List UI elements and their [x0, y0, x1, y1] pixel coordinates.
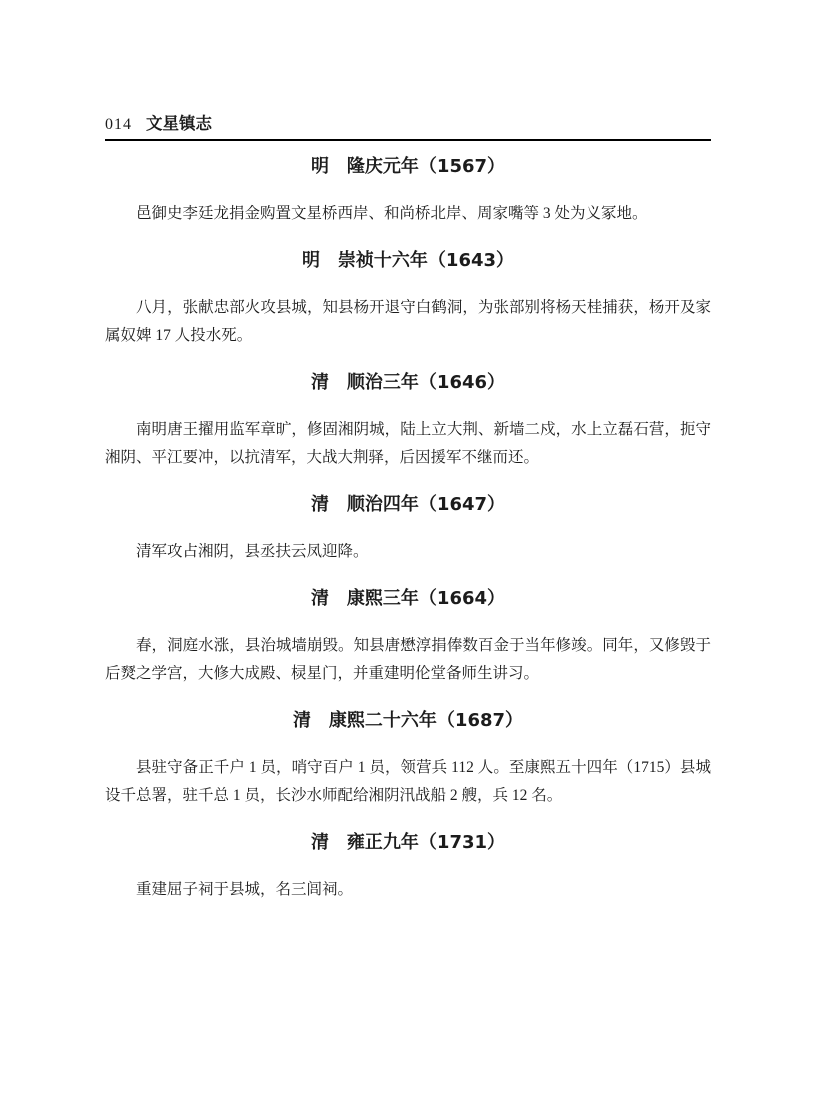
- section-body: 县驻守备正千户 1 员，哨守百户 1 员，领营兵 112 人。至康熙五十四年（1…: [105, 754, 711, 810]
- section-body: 南明唐王擢用监军章旷，修固湘阴城，陆上立大荆、新墙二戍，水上立磊石营，扼守湘阴、…: [105, 416, 711, 472]
- body-paragraph: 南明唐王擢用监军章旷，修固湘阴城，陆上立大荆、新墙二戍，水上立磊石营，扼守湘阴、…: [105, 416, 711, 472]
- body-paragraph: 重建屈子祠于县城，名三闾祠。: [105, 876, 711, 904]
- era-heading: 清 雍正九年（1731）: [105, 832, 711, 854]
- page-content: 014 文星镇志 明 隆庆元年（1567） 邑御史李廷龙捐金购置文星桥西岸、和尚…: [105, 110, 711, 926]
- sections-container: 明 隆庆元年（1567） 邑御史李廷龙捐金购置文星桥西岸、和尚桥北岸、周家嘴等 …: [105, 156, 711, 904]
- chronicle-section: 清 康熙二十六年（1687） 县驻守备正千户 1 员，哨守百户 1 员，领营兵 …: [105, 710, 711, 810]
- section-body: 邑御史李廷龙捐金购置文星桥西岸、和尚桥北岸、周家嘴等 3 处为义冢地。: [105, 200, 711, 228]
- section-body: 重建屈子祠于县城，名三闾祠。: [105, 876, 711, 904]
- era-heading: 明 隆庆元年（1567）: [105, 156, 711, 178]
- chronicle-section: 清 顺治四年（1647） 清军攻占湘阴，县丞扶云凤迎降。: [105, 494, 711, 566]
- chronicle-section: 明 崇祯十六年（1643） 八月，张献忠部火攻县城，知县杨开退守白鹤洞，为张部别…: [105, 250, 711, 350]
- body-paragraph: 清军攻占湘阴，县丞扶云凤迎降。: [105, 538, 711, 566]
- era-heading: 明 崇祯十六年（1643）: [105, 250, 711, 272]
- section-body: 清军攻占湘阴，县丞扶云凤迎降。: [105, 538, 711, 566]
- body-paragraph: 县驻守备正千户 1 员，哨守百户 1 员，领营兵 112 人。至康熙五十四年（1…: [105, 754, 711, 810]
- chronicle-section: 清 雍正九年（1731） 重建屈子祠于县城，名三闾祠。: [105, 832, 711, 904]
- era-heading: 清 康熙三年（1664）: [105, 588, 711, 610]
- gazetteer-page: 014 文星镇志 明 隆庆元年（1567） 邑御史李廷龙捐金购置文星桥西岸、和尚…: [0, 0, 816, 1099]
- body-paragraph: 八月，张献忠部火攻县城，知县杨开退守白鹤洞，为张部别将杨天桂捕获，杨开及家属奴婢…: [105, 294, 711, 350]
- page-number: 014: [105, 116, 132, 134]
- era-heading: 清 顺治四年（1647）: [105, 494, 711, 516]
- book-title: 文星镇志: [146, 110, 212, 134]
- era-heading: 清 康熙二十六年（1687）: [105, 710, 711, 732]
- chronicle-section: 清 顺治三年（1646） 南明唐王擢用监军章旷，修固湘阴城，陆上立大荆、新墙二戍…: [105, 372, 711, 472]
- body-paragraph: 邑御史李廷龙捐金购置文星桥西岸、和尚桥北岸、周家嘴等 3 处为义冢地。: [105, 200, 711, 228]
- chronicle-section: 清 康熙三年（1664） 春，洞庭水涨，县治城墙崩毁。知县唐懋淳捐俸数百金于当年…: [105, 588, 711, 688]
- section-body: 八月，张献忠部火攻县城，知县杨开退守白鹤洞，为张部别将杨天桂捕获，杨开及家属奴婢…: [105, 294, 711, 350]
- era-heading: 清 顺治三年（1646）: [105, 372, 711, 394]
- chronicle-section: 明 隆庆元年（1567） 邑御史李廷龙捐金购置文星桥西岸、和尚桥北岸、周家嘴等 …: [105, 156, 711, 228]
- section-body: 春，洞庭水涨，县治城墙崩毁。知县唐懋淳捐俸数百金于当年修竣。同年，又修毁于后燹之…: [105, 632, 711, 688]
- body-paragraph: 春，洞庭水涨，县治城墙崩毁。知县唐懋淳捐俸数百金于当年修竣。同年，又修毁于后燹之…: [105, 632, 711, 688]
- running-header: 014 文星镇志: [105, 110, 711, 141]
